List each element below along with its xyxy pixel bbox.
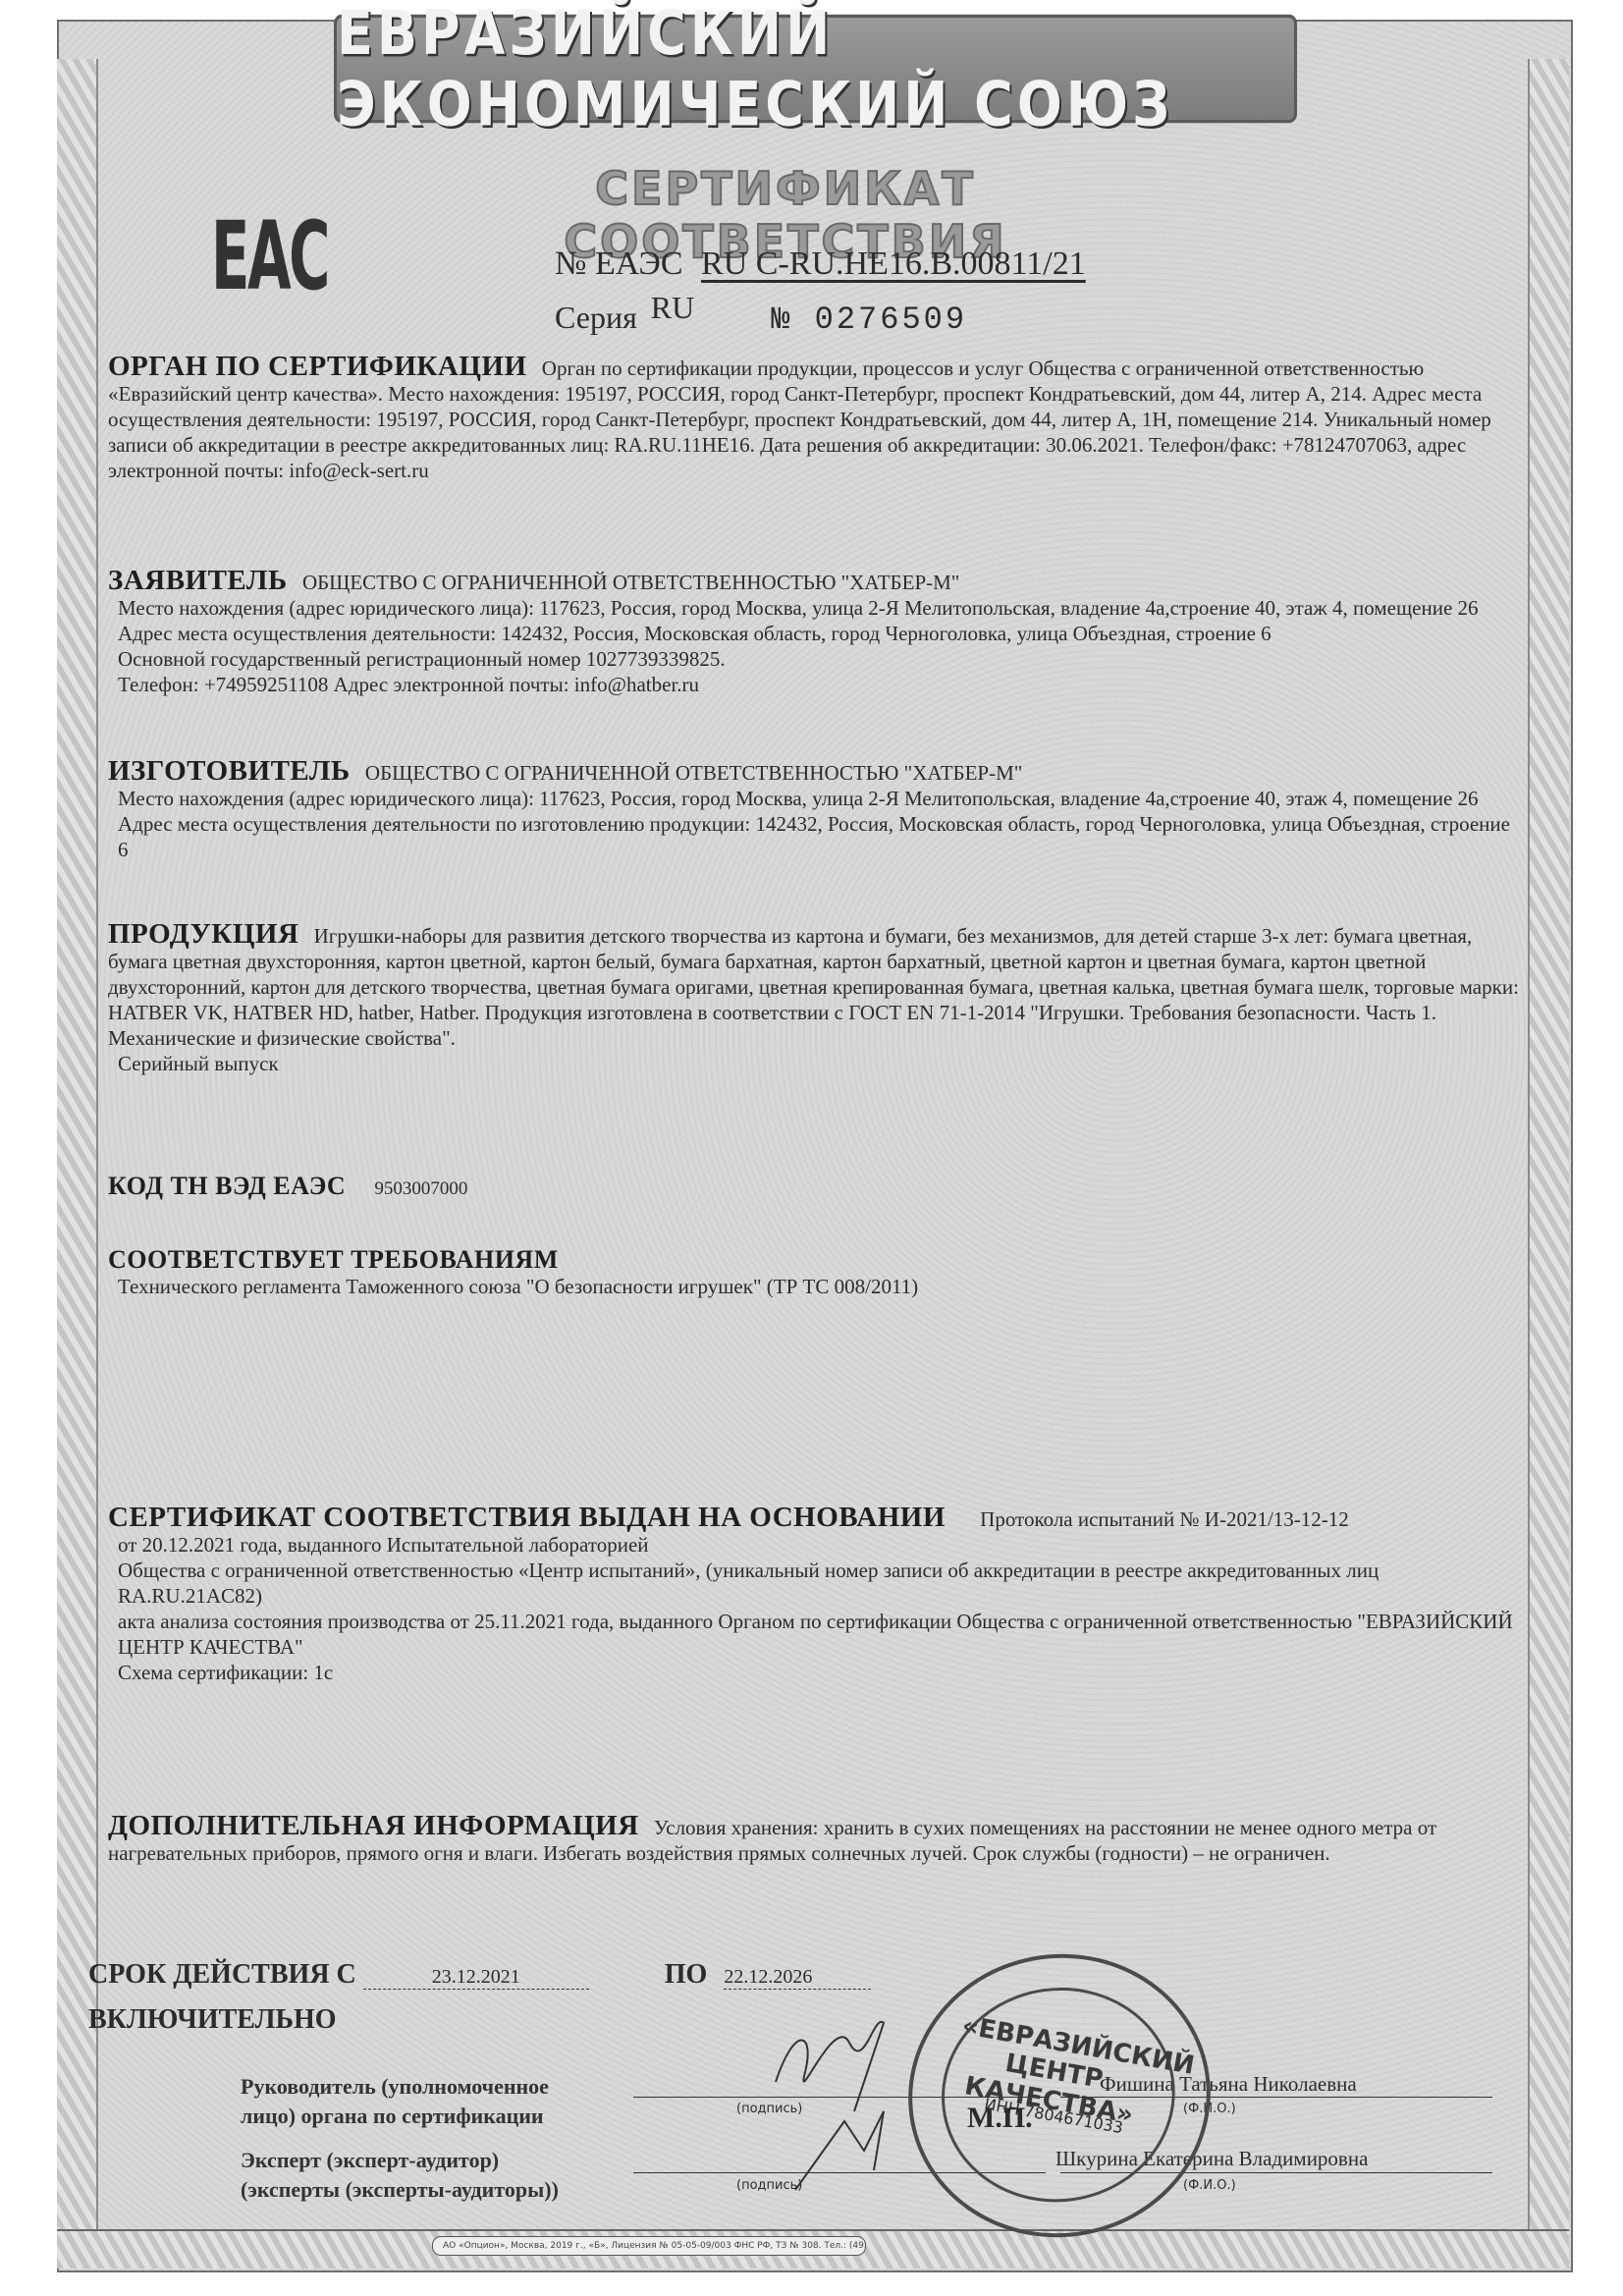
label-line: Руководитель (уполномоченное (241, 2072, 549, 2102)
section-manufacturer: ИЗГОТОВИТЕЛЬ ОБЩЕСТВО С ОГРАНИЧЕННОЙ ОТВ… (108, 758, 1522, 862)
section-conforms: СООТВЕТСТВУЕТ ТРЕБОВАНИЯМ Технического р… (108, 1247, 1522, 1299)
blank-number: № 0276509 (771, 301, 967, 338)
eac-logo-icon: ЕАС (211, 201, 328, 311)
validity-from-date: 23.12.2021 (363, 1966, 589, 1990)
section-heading: ИЗГОТОВИТЕЛЬ (108, 755, 351, 787)
manufacturer-line: Место нахождения (адрес юридического лиц… (118, 786, 1522, 811)
signature-icon (756, 2003, 903, 2200)
manufacturer-line: Адрес места осуществления деятельности п… (118, 811, 1522, 862)
tnved-code: 9503007000 (374, 1178, 467, 1199)
product-release: Серийный выпуск (108, 1051, 1522, 1076)
basis-line: от 20.12.2021 года, выданного Испытатель… (118, 1532, 1522, 1558)
validity-from-label: СРОК ДЕЙСТВИЯ С (88, 1959, 356, 1990)
applicant-line: Адрес места осуществления деятельности: … (118, 621, 1522, 646)
section-certification-body: ОРГАН ПО СЕРТИФИКАЦИИ Орган по сертифика… (108, 354, 1522, 483)
basis-line: акта анализа состояния производства от 2… (118, 1609, 1522, 1660)
name-caption: (Ф.И.О.) (1183, 2178, 1236, 2193)
section-heading: КОД ТН ВЭД ЕАЭС (108, 1172, 346, 1200)
protocol-number: Протокола испытаний № И-2021/13-12-12 (980, 1507, 1349, 1531)
manufacturer-name: ОБЩЕСТВО С ОГРАНИЧЕННОЙ ОТВЕТСТВЕННОСТЬЮ… (365, 761, 1022, 785)
expert-label: Эксперт (эксперт-аудитор) (эксперты (экс… (241, 2146, 559, 2205)
section-basis: СЕРТИФИКАТ СООТВЕТСТВИЯ ВЫДАН НА ОСНОВАН… (108, 1504, 1522, 1685)
label-line: (эксперты (эксперты-аудиторы)) (241, 2175, 559, 2205)
label-line: Эксперт (эксперт-аудитор) (241, 2146, 559, 2175)
validity-to-label: ПО (665, 1959, 708, 1990)
union-banner: ЕВРАЗИЙСКИЙ ЭКОНОМИЧЕСКИЙ СОЮЗ (334, 15, 1297, 123)
section-heading: СООТВЕТСТВУЕТ ТРЕБОВАНИЯМ (108, 1245, 559, 1274)
section-heading: ЗАЯВИТЕЛЬ (108, 565, 288, 596)
decorative-border-left (57, 59, 98, 2249)
validity-inclusive: ВКЛЮЧИТЕЛЬНО (88, 2004, 871, 2036)
section-additional-info: ДОПОЛНИТЕЛЬНАЯ ИНФОРМАЦИЯ Условия хранен… (108, 1813, 1522, 1866)
section-product: ПРОДУКЦИЯ Игрушки-наборы для развития де… (108, 921, 1522, 1076)
section-heading: ДОПОЛНИТЕЛЬНАЯ ИНФОРМАЦИЯ (108, 1810, 639, 1841)
seal-place-label: М.П. (967, 2102, 1033, 2135)
certificate-number: № ЕАЭС RU C-RU.HE16.B.00811/21 (555, 246, 1086, 283)
head-signatory-label: Руководитель (уполномоченное лицо) орган… (241, 2072, 549, 2131)
applicant-name: ОБЩЕСТВО С ОГРАНИЧЕННОЙ ОТВЕТСТВЕННОСТЬЮ… (302, 571, 959, 594)
series-line: Серия RU № 0276509 (555, 300, 967, 338)
series-value: RU (651, 290, 694, 325)
validity-period: СРОК ДЕЙСТВИЯ С 23.12.2021 ПО 22.12.2026… (88, 1959, 871, 2036)
printer-info: АО «Опцион», Москва, 2019 г., «Б», Лицен… (432, 2236, 866, 2256)
product-text: Игрушки-наборы для развития детского тво… (108, 924, 1519, 1050)
label-line: лицо) органа по сертификации (241, 2102, 549, 2131)
validity-to-date: 22.12.2026 (724, 1966, 871, 1990)
basis-line: Общества с ограниченной ответственностью… (118, 1558, 1522, 1609)
applicant-line: Основной государственный регистрационный… (118, 646, 1522, 672)
decorative-border-right (1528, 59, 1569, 2249)
basis-line: Схема сертификации: 1с (118, 1660, 1522, 1685)
series-label: Серия (555, 300, 637, 335)
applicant-line: Место нахождения (адрес юридического лиц… (118, 595, 1522, 621)
applicant-line: Телефон: +74959251108 Адрес электронной … (118, 672, 1522, 697)
section-heading: СЕРТИФИКАТ СООТВЕТСТВИЯ ВЫДАН НА ОСНОВАН… (108, 1502, 946, 1533)
section-applicant: ЗАЯВИТЕЛЬ ОБЩЕСТВО С ОГРАНИЧЕННОЙ ОТВЕТС… (108, 568, 1522, 697)
conforms-text: Технического регламента Таможенного союз… (108, 1274, 1522, 1299)
number-value: RU C-RU.HE16.B.00811/21 (701, 246, 1086, 282)
section-heading: ОРГАН ПО СЕРТИФИКАЦИИ (108, 351, 527, 382)
number-prefix: № ЕАЭС (555, 246, 683, 282)
section-tnved: КОД ТН ВЭД ЕАЭС 9503007000 (108, 1174, 1522, 1202)
section-heading: ПРОДУКЦИЯ (108, 918, 298, 950)
